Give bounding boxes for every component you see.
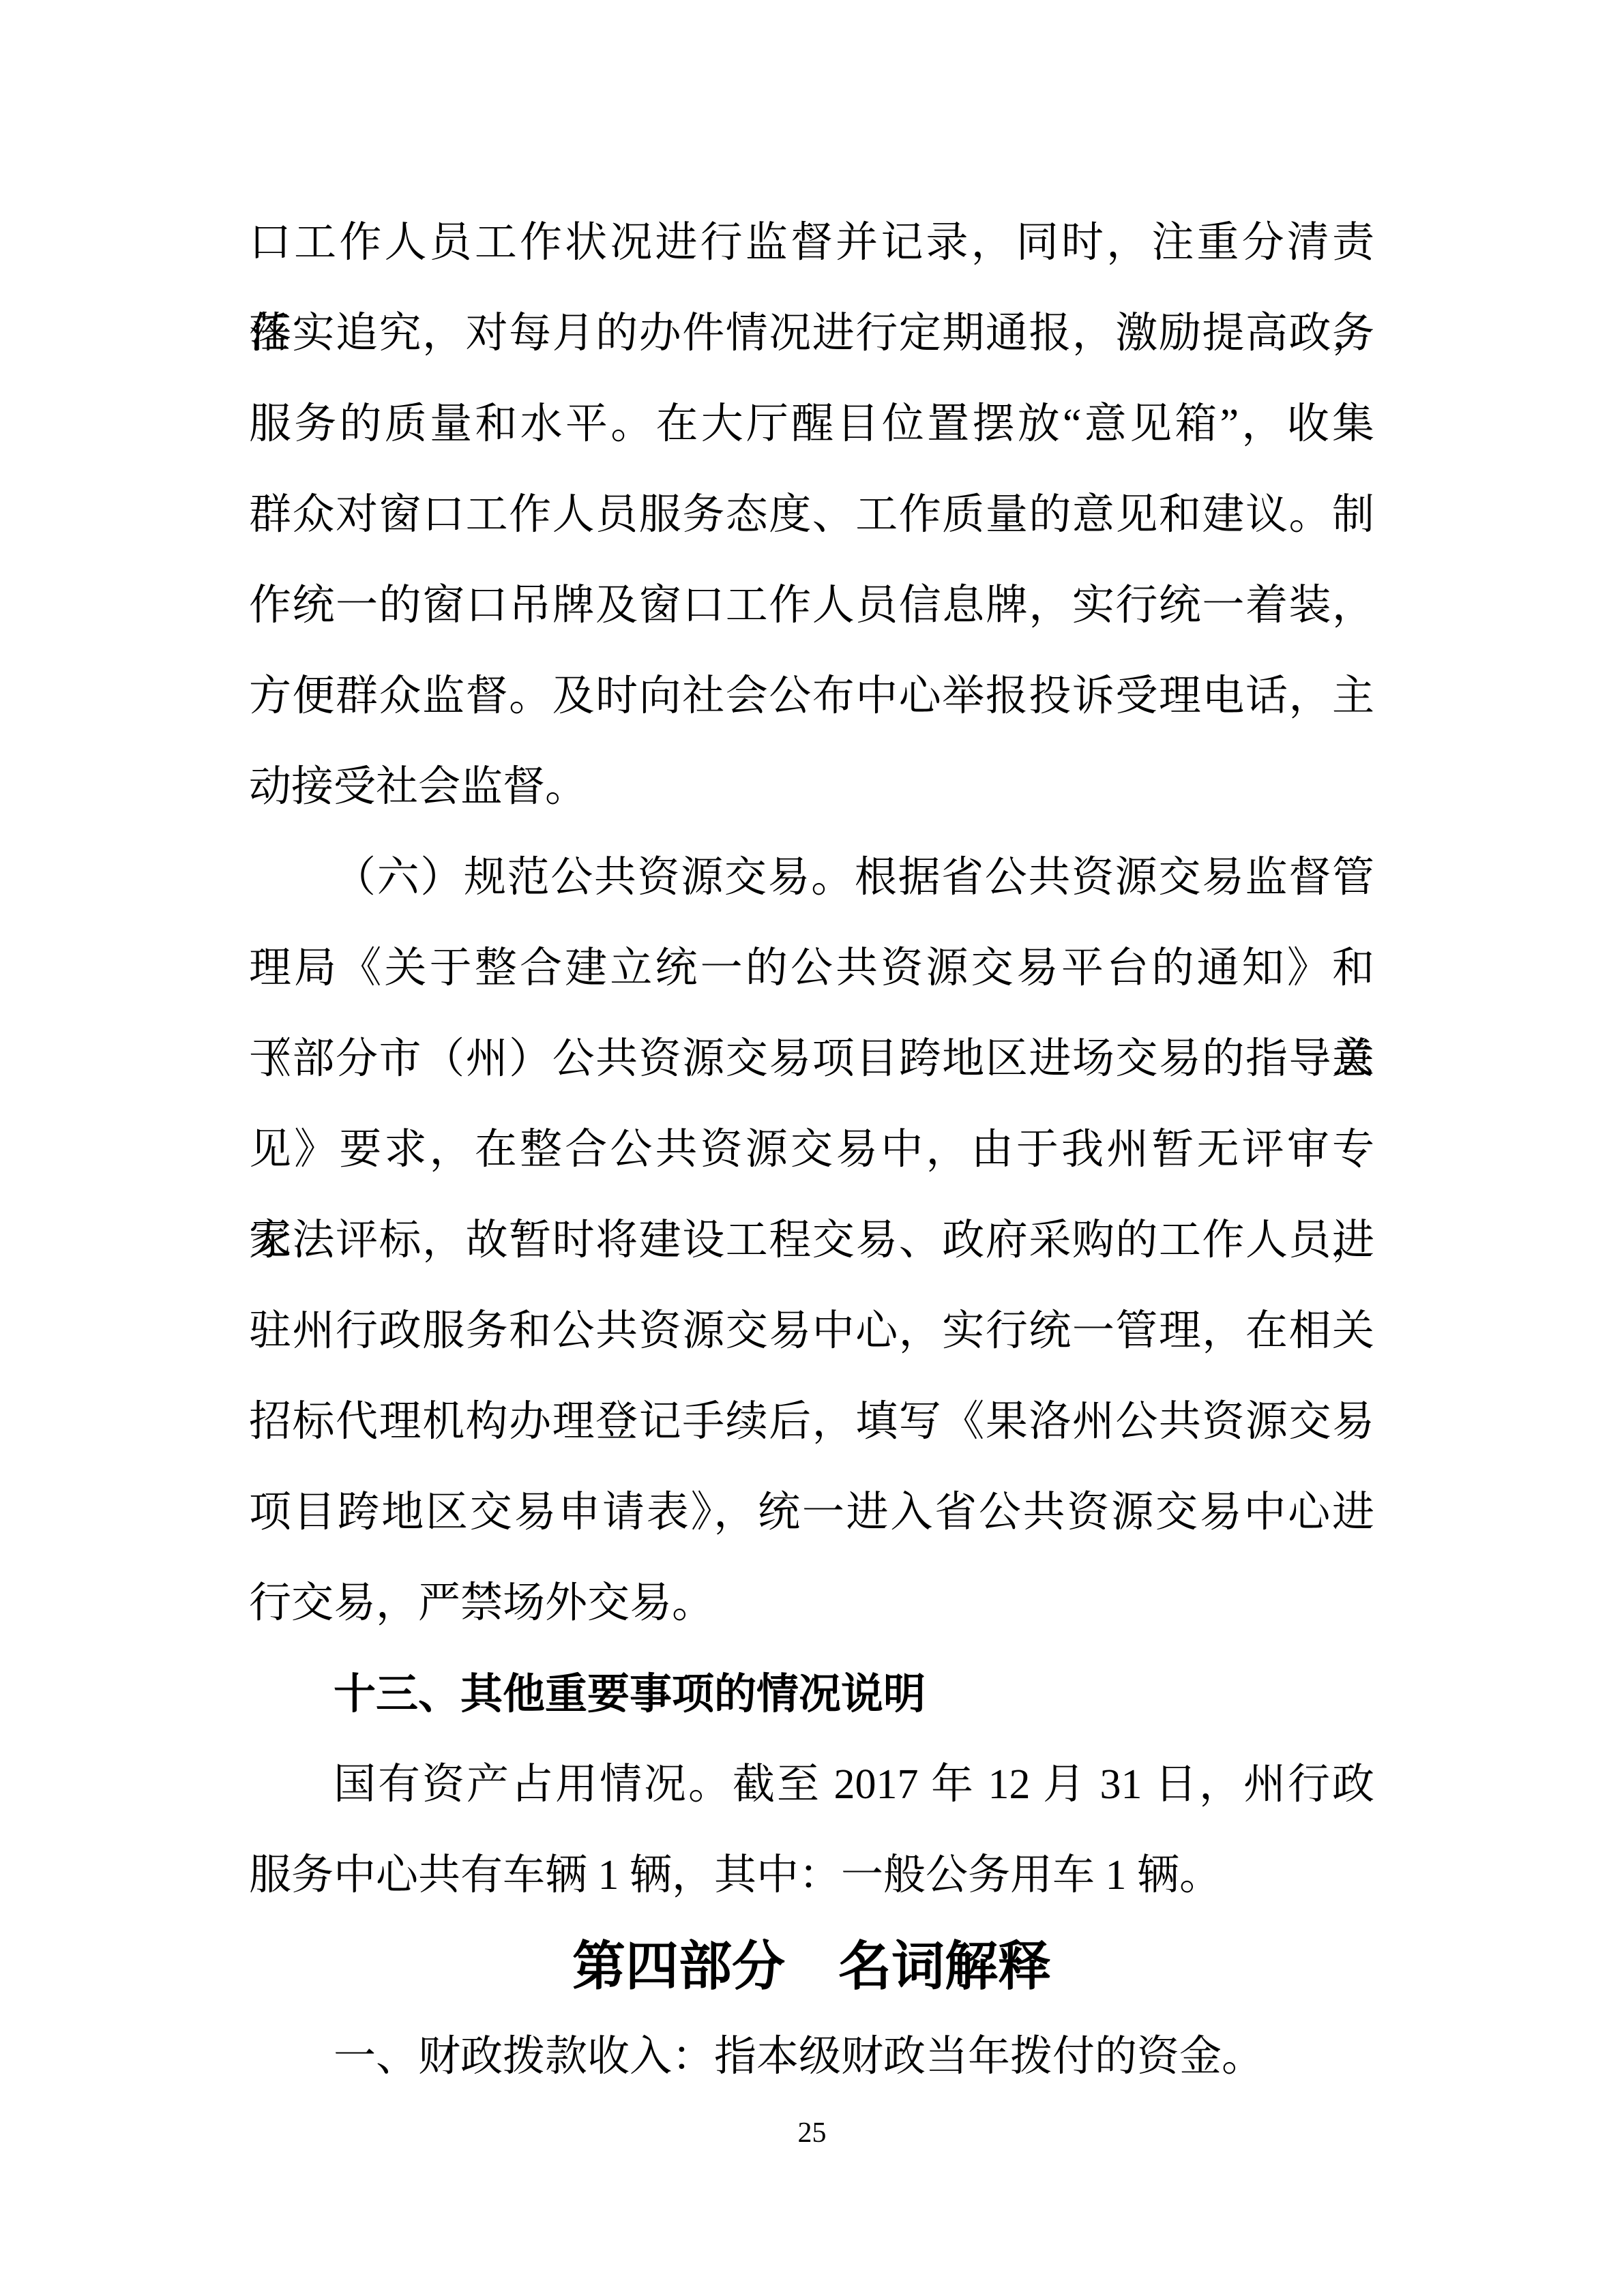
text-line: 招标代理机构办理登记手续后，填写《果洛州公共资源交易 — [249, 1377, 1374, 1467]
text-line: 驻州行政服务和公共资源交易中心，实行统一管理，在相关 — [249, 1286, 1374, 1377]
text-line: 项目跨地区交易申请表》，统一进入省公共资源交易中心进 — [249, 1467, 1374, 1558]
text-line: 无法评标，故暂时将建设工程交易、政府采购的工作人员进 — [249, 1195, 1374, 1286]
text-line: 群众对窗口工作人员服务态度、工作质量的意见和建议。制 — [249, 470, 1374, 561]
document-body: 口工作人员工作状况进行监督并记录，同时，注重分清责任，落实追究，对每月的办件情况… — [249, 198, 1374, 2102]
section-heading: 十三、其他重要事项的情况说明 — [249, 1649, 1374, 1740]
text-line: 一、财政拨款收入：指本级财政当年拨付的资金。 — [249, 2012, 1374, 2102]
text-line: （六）规范公共资源交易。根据省公共资源交易监督管 — [249, 833, 1374, 923]
text-line: 于部分市（州）公共资源交易项目跨地区进场交易的指导意 — [249, 1014, 1374, 1105]
text-line: 行交易，严禁场外交易。 — [249, 1558, 1374, 1649]
text-line: 动接受社会监督。 — [249, 742, 1374, 833]
text-line: 服务中心共有车辆 1 辆，其中：一般公务用车 1 辆。 — [249, 1830, 1374, 1921]
text-line: 见》要求，在整合公共资源交易中，由于我州暂无评审专家， — [249, 1105, 1374, 1195]
text-line: 服务的质量和水平。在大厅醒目位置摆放“意见箱”，收集 — [249, 379, 1374, 470]
text-line: 方便群众监督。及时向社会公布中心举报投诉受理电话，主 — [249, 651, 1374, 742]
document-page: { "page": { "number": "25", "background_… — [0, 0, 1624, 2296]
text-line: 理局《关于整合建立统一的公共资源交易平台的通知》和《关 — [249, 923, 1374, 1014]
text-line: 口工作人员工作状况进行监督并记录，同时，注重分清责任， — [249, 198, 1374, 288]
text-line: 落实追究，对每月的办件情况进行定期通报，激励提高政务 — [249, 288, 1374, 379]
chapter-heading: 第四部分 名词解释 — [249, 1921, 1374, 2012]
page-number: 25 — [0, 2113, 1624, 2153]
text-line: 作统一的窗口吊牌及窗口工作人员信息牌，实行统一着装， — [249, 561, 1374, 651]
text-line: 国有资产占用情况。截至 2017 年 12 月 31 日，州行政 — [249, 1740, 1374, 1830]
